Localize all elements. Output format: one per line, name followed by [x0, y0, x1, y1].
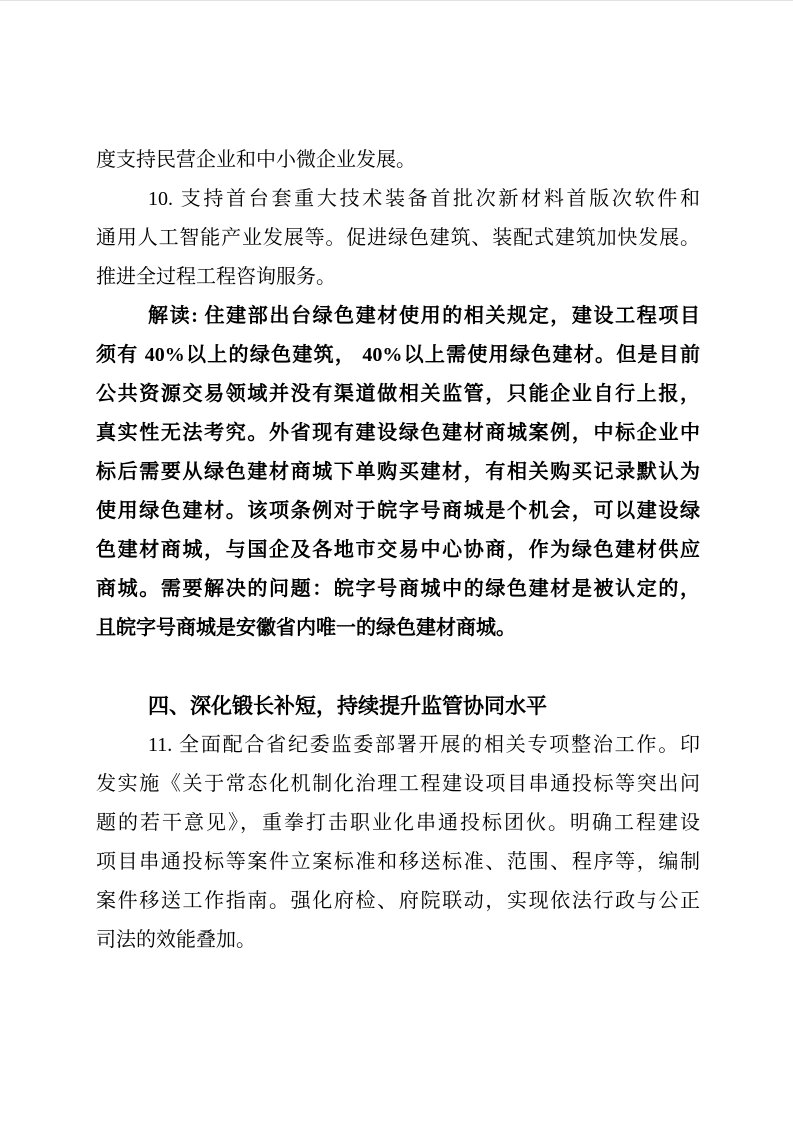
text-line: 司法的效能叠加。	[96, 921, 700, 960]
para-section-heading: 四、深化锻长补短，持续提升监管协同水平	[96, 687, 700, 726]
text-line: 标后需要从绿色建材商城下单购买建材，有相关购买记录默认为	[96, 453, 700, 492]
para-item-11: 11. 全面配合省纪委监委部署开展的相关专项整治工作。印发实施《关于常态化机制化…	[96, 726, 700, 960]
text-line: 公共资源交易领域并没有渠道做相关监管，只能企业自行上报，	[96, 375, 700, 414]
text-line: 解读: 住建部出台绿色建材使用的相关规定，建设工程项目	[96, 297, 700, 336]
text-line: 推进全过程工程咨询服务。	[96, 258, 700, 297]
para-continuation: 度支持民营企业和中小微企业发展。	[96, 141, 700, 180]
text-line: 且皖字号商城是安徽省内唯一的绿色建材商城。	[96, 609, 700, 648]
text-line: 四、深化锻长补短，持续提升监管协同水平	[96, 687, 700, 726]
text-line: 须有 40%以上的绿色建筑， 40%以上需使用绿色建材。但是目前	[96, 336, 700, 375]
text-line: 题的若干意见》，重拳打击职业化串通投标团伙。明确工程建设	[96, 804, 700, 843]
text-line: 通用人工智能产业发展等。促进绿色建筑、装配式建筑加快发展。	[96, 219, 700, 258]
para-interpretation: 解读: 住建部出台绿色建材使用的相关规定，建设工程项目须有 40%以上的绿色建筑…	[96, 297, 700, 648]
text-line: 色建材商城，与国企及各地市交易中心协商，作为绿色建材供应	[96, 531, 700, 570]
document-body: 度支持民营企业和中小微企业发展。10. 支持首台套重大技术装备首批次新材料首版次…	[96, 141, 700, 960]
text-line: 10. 支持首台套重大技术装备首批次新材料首版次软件和	[96, 180, 700, 219]
text-line: 发实施《关于常态化机制化治理工程建设项目串通投标等突出问	[96, 765, 700, 804]
text-line: 项目串通投标等案件立案标准和移送标准、范围、程序等，编制	[96, 843, 700, 882]
text-line: 11. 全面配合省纪委监委部署开展的相关专项整治工作。印	[96, 726, 700, 765]
text-line: 商城。需要解决的问题：皖字号商城中的绿色建材是被认定的，	[96, 570, 700, 609]
text-line: 使用绿色建材。该项条例对于皖字号商城是个机会，可以建设绿	[96, 492, 700, 531]
para-item-10: 10. 支持首台套重大技术装备首批次新材料首版次软件和通用人工智能产业发展等。促…	[96, 180, 700, 297]
text-line: 度支持民营企业和中小微企业发展。	[96, 141, 700, 180]
text-line: 案件移送工作指南。强化府检、府院联动，实现依法行政与公正	[96, 882, 700, 921]
text-line: 真实性无法考究。外省现有建设绿色建材商城案例，中标企业中	[96, 414, 700, 453]
document-page: 度支持民营企业和中小微企业发展。10. 支持首台套重大技术装备首批次新材料首版次…	[0, 0, 793, 1122]
para-blank	[96, 648, 700, 687]
